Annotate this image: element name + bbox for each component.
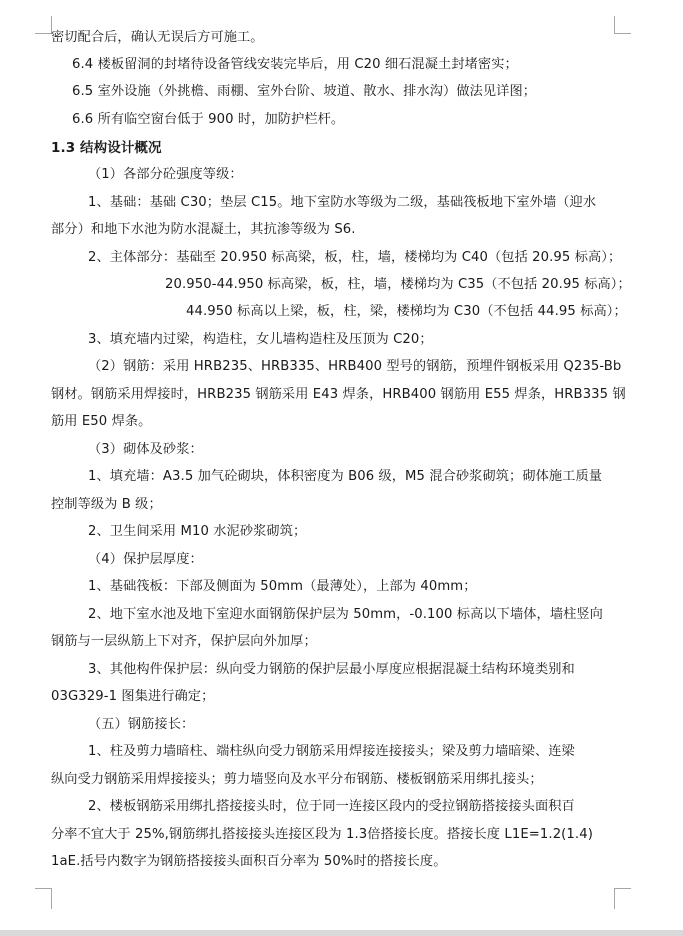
text-line: 钢材。钢筋采用焊接时，HRB235 钢筋采用 E43 焊条，HRB400 钢筋用… — [51, 386, 626, 404]
page-gap — [0, 930, 683, 936]
text-line: 3、填充墙内过梁，构造柱，女儿墙构造柱及压顶为 C20； — [88, 331, 433, 349]
text-line: （3）砌体及砂浆： — [88, 441, 203, 459]
text-line: 2、地下室水池及地下室迎水面钢筋保护层为 50mm，-0.100 标高以下墙体，… — [88, 606, 603, 624]
text-line: 1、基础筏板：下部及侧面为 50mm（最薄处），上部为 40mm； — [88, 578, 477, 596]
text-line: 3、其他构件保护层：纵向受力钢筋的保护层最小厚度应根据混凝土结构环境类别和 — [88, 661, 575, 679]
text-line: 2、卫生间采用 M10 水泥砂浆砌筑； — [88, 523, 306, 541]
margin-corner-bottom-left — [35, 888, 52, 909]
text-line: 纵向受力钢筋采用焊接接头；剪力墙竖向及水平分布钢筋、楼板钢筋采用绑扎接头； — [51, 771, 543, 789]
text-line: 1、柱及剪力墙暗柱、端柱纵向受力钢筋采用焊接连接接头；梁及剪力墙暗梁、连梁 — [88, 743, 575, 761]
text-line: （五）钢筋接长： — [88, 716, 194, 734]
text-line: 1aE.括号内数字为钢筋搭接接头面积百分率为 50%时的搭接长度。 — [51, 853, 446, 871]
margin-corner-bottom-right — [614, 888, 631, 909]
text-line: 44.950 标高以上梁，板，柱，梁，楼梯均为 C30（不包括 44.95 标高… — [186, 303, 627, 321]
text-line: 2、主体部分：基础至 20.950 标高梁，板，柱，墙，楼梯均为 C40（包括 … — [88, 249, 621, 267]
margin-corner-top-right — [614, 16, 631, 34]
margin-corner-top-left — [35, 16, 52, 34]
text-line: 1、基础：基础 C30；垫层 C15。地下室防水等级为二级，基础筏板地下室外墙（… — [88, 194, 596, 212]
section-heading: 1.3 结构设计概况 — [51, 139, 162, 157]
text-line: （2）钢筋：采用 HRB235、HRB335、HRB400 型号的钢筋，预埋件钢… — [88, 358, 621, 376]
text-line: （1）各部分砼强度等级： — [88, 166, 243, 184]
text-line: 1、填充墙：A3.5 加气砼砌块，体积密度为 B06 级，M5 混合砂浆砌筑；砌… — [88, 468, 602, 486]
text-line: 03G329-1 图集进行确定； — [51, 688, 214, 706]
text-line: 6.5 室外设施（外挑檐、雨棚、室外台阶、坡道、散水、排水沟）做法见详图； — [72, 83, 536, 101]
text-line: 分率不宜大于 25%,钢筋绑扎搭接接头连接区段为 1.3倍搭接长度。搭接长度 L… — [51, 826, 593, 844]
text-line: 20.950-44.950 标高梁，板，柱，墙，楼梯均为 C35（不包括 20.… — [165, 276, 631, 294]
text-line: 6.6 所有临空窗台低于 900 时，加防护栏杆。 — [72, 111, 344, 129]
text-line: （4）保护层厚度： — [88, 551, 203, 569]
text-line: 控制等级为 B 级； — [51, 496, 162, 514]
document-page: 密切配合后，确认无误后方可施工。6.4 楼板留洞的封堵待设备管线安装完毕后，用 … — [0, 0, 683, 930]
text-line: 2、楼板钢筋采用绑扎搭接接头时，位于同一连接区段内的受拉钢筋搭接接头面积百 — [88, 798, 575, 816]
text-line: 筋用 E50 焊条。 — [51, 413, 151, 431]
text-line: 6.4 楼板留洞的封堵待设备管线安装完毕后，用 C20 细石混凝土封堵密实； — [72, 56, 518, 74]
text-line: 部分）和地下水池为防水混凝土，其抗渗等级为 S6. — [51, 221, 356, 239]
text-line: 钢筋与一层纵筋上下对齐，保护层向外加厚； — [51, 633, 317, 651]
text-line: 密切配合后，确认无误后方可施工。 — [51, 29, 264, 47]
